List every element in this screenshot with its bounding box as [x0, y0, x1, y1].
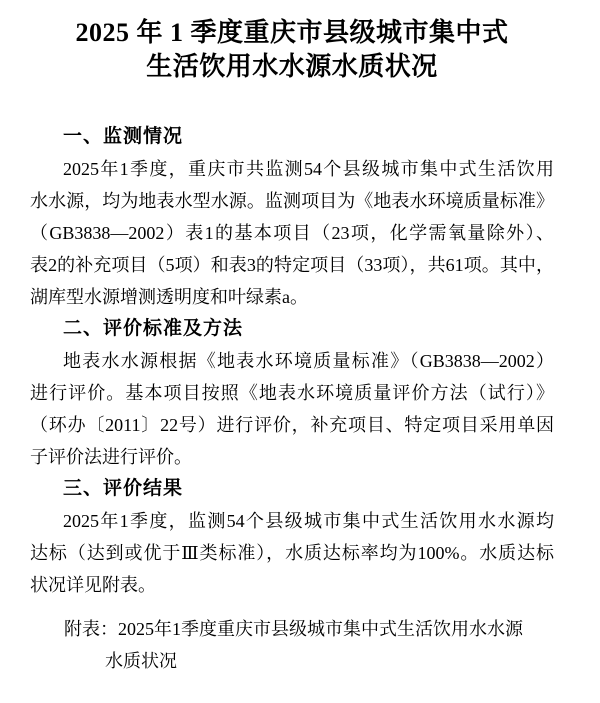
- paragraph-line: （GB3838—2002）表1的基本项目（23项，化学需氧量除外）、: [30, 217, 554, 249]
- paragraph-line: 进行评价。基本项目按照《地表水环境质量评价方法（试行）》: [30, 377, 554, 409]
- document-body: 一、监测情况 2025年1季度，重庆市共监测54个县级城市集中式生活饮用 水水源…: [30, 121, 554, 677]
- paragraph-line: 地表水水源根据《地表水环境质量标准》（GB3838—2002）: [30, 345, 554, 377]
- document-title: 2025 年 1 季度重庆市县级城市集中式 生活饮用水水源水质状况: [30, 16, 554, 84]
- appendix-note: 附表：2025年1季度重庆市县级城市集中式生活饮用水水源 水质状况: [30, 613, 554, 677]
- paragraph-line: 表2的补充项目（5项）和表3的特定项目（33项），共61项。其中，: [30, 249, 554, 281]
- appendix-line-2: 水质状况: [105, 645, 554, 677]
- paragraph-line: 水水源，均为地表水型水源。监测项目为《地表水环境质量标准》: [30, 185, 554, 217]
- paragraph-line: 子评价法进行评价。: [30, 441, 554, 473]
- document-content: 2025 年 1 季度重庆市县级城市集中式 生活饮用水水源水质状况 一、监测情况…: [30, 0, 554, 677]
- paragraph-line: 2025年1季度，监测54个县级城市集中式生活饮用水水源均: [30, 505, 554, 537]
- paragraph-line: 湖库型水源增测透明度和叶绿素a。: [30, 281, 554, 313]
- title-line-2: 生活饮用水水源水质状况: [30, 50, 554, 84]
- section-heading-results: 三、评价结果: [30, 473, 554, 505]
- title-line-1: 2025 年 1 季度重庆市县级城市集中式: [30, 16, 554, 50]
- appendix-line-1: 附表：2025年1季度重庆市县级城市集中式生活饮用水水源: [64, 613, 554, 645]
- document-page: 2025 年 1 季度重庆市县级城市集中式 生活饮用水水源水质状况 一、监测情况…: [0, 0, 600, 703]
- paragraph-line: 状况详见附表。: [30, 569, 554, 601]
- section-heading-monitoring: 一、监测情况: [30, 121, 554, 153]
- section-heading-standards: 二、评价标准及方法: [30, 313, 554, 345]
- paragraph-line: （环办〔2011〕22号）进行评价，补充项目、特定项目采用单因: [30, 409, 554, 441]
- paragraph-line: 2025年1季度，重庆市共监测54个县级城市集中式生活饮用: [30, 153, 554, 185]
- paragraph-line: 达标（达到或优于Ⅲ类标准），水质达标率均为100%。水质达标: [30, 537, 554, 569]
